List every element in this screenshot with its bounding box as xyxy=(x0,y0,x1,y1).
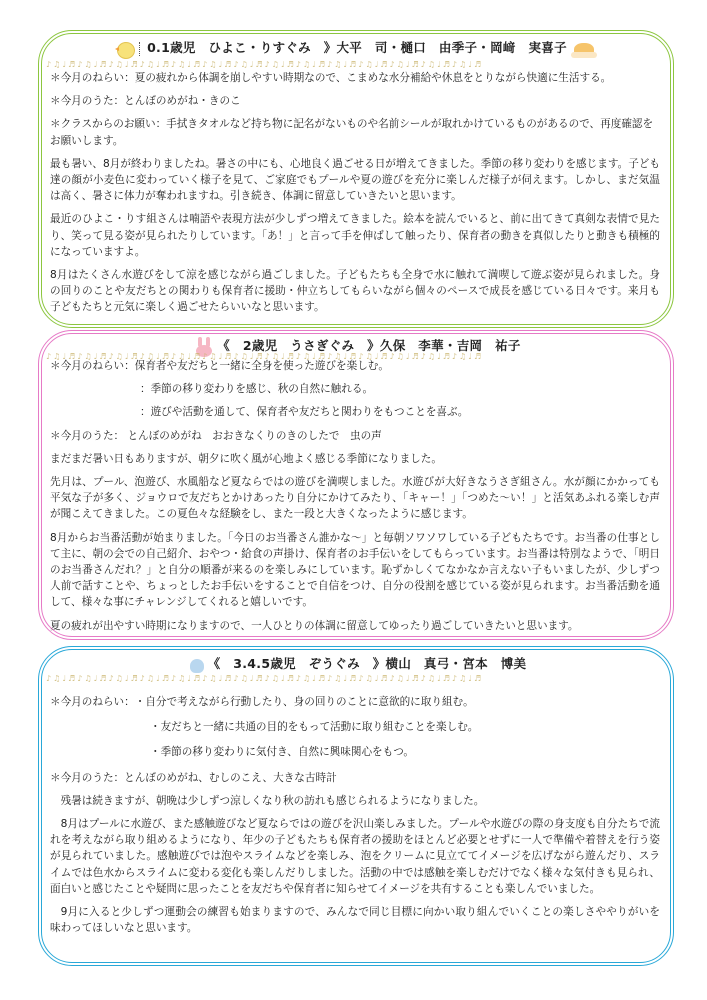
aim-label: ＊今月のねらい： xyxy=(50,694,135,710)
paragraph: 最近のひよこ・りす組さんは喃語や表現方法が少しずつ増えてきました。絵本を読んでい… xyxy=(50,211,660,260)
paragraph: 8月はたくさん水遊びをして涼を感じながら過ごしました。子どもたちも全身で水に触れ… xyxy=(50,267,660,316)
aim-text: ・自分で考えながら行動したり、身の回りのことに意欲的に取り組む。 xyxy=(135,694,474,710)
section-content: ＊今月のねらい： 夏の疲れから体調を崩しやすい時期なので、こまめな水分補給や休息… xyxy=(50,70,660,323)
section-hiyoko-risu: 0.1歳児 ひよこ・りすぐみ 》大平 司・樋口 由季子・岡﨑 実喜子 ♪♫♩♬♪… xyxy=(38,30,674,328)
section-content: ＊今月のねらい： 保育者や友だちと一緒に全身を使った遊びを楽しむ。 ：季節の移り… xyxy=(50,358,660,641)
paragraph: 8月はプールに水遊び、また感触遊びなど夏ならではの遊びを沢山楽しみました。プール… xyxy=(50,816,660,897)
monthly-song: ＊今月のうた：とんぼのめがね・きのこ xyxy=(50,93,660,109)
paragraph: 夏の疲れが出やすい時期になりますので、一人ひとりの体調に留意してゆったり過ごして… xyxy=(50,618,660,634)
monthly-aim-item: ：季節の移り変わりを感じ、秋の自然に触れる。 xyxy=(50,381,660,397)
section-title: 0.1歳児 ひよこ・りすぐみ 》大平 司・樋口 由季子・岡﨑 実喜子 xyxy=(42,38,670,58)
section-content: ＊今月のねらい： ・自分で考えながら行動したり、身の回りのことに意欲的に取り組む… xyxy=(50,694,660,943)
monthly-aim-item: ：遊びや活動を通して、保育者や友だちと関わりをもつことを喜ぶ。 xyxy=(50,404,660,420)
monthly-song: ＊今月のうた：とんぼのめがね、むしのこえ、大きな古時計 xyxy=(50,770,660,786)
class-request: ＊クラスからのお願い：手拭きタオルなど持ち物に記名がないものや名前シールが取れか… xyxy=(50,116,660,148)
aim-prefix: ： xyxy=(140,406,151,418)
chick-icon xyxy=(115,40,135,58)
section-zou: 《 3.4.5歳児 ぞうぐみ 》横山 真弓・宮本 博美 ♪♫♩♬♪♫♩♬♪♫♩♬… xyxy=(38,646,674,966)
paragraph: 残暑は続きますが、朝晩は少しずつ涼しくなり秋の訪れも感じられるようになりました。 xyxy=(50,793,660,809)
aim-text: 遊びや活動を通して、保育者や友だちと関わりをもつことを喜ぶ。 xyxy=(151,406,469,418)
aim-text: 季節の移り変わりを感じ、秋の自然に触れる。 xyxy=(151,383,373,395)
divider xyxy=(139,42,141,56)
section-title-text: 0.1歳児 ひよこ・りすぐみ 》大平 司・樋口 由季子・岡﨑 実喜子 xyxy=(147,40,567,55)
paragraph: 9月に入ると少しずつ運動会の練習も始まりますので、みんなで同じ目標に向かい取り組… xyxy=(50,904,660,936)
paragraph: 最も暑い、8月が終わりましたね。暑さの中にも、心地良く過ごせる日が増えてきました… xyxy=(50,156,660,205)
section-title-text: 《 2歳児 うさぎぐみ 》久保 李華・吉岡 祐子 xyxy=(217,338,520,353)
monthly-aim: ＊今月のねらい： 夏の疲れから体調を崩しやすい時期なので、こまめな水分補給や休息… xyxy=(50,70,660,86)
paragraph: 8月からお当番活動が始まりました。「今日のお当番さん誰かな～」と毎朝ソワソワして… xyxy=(50,530,660,611)
music-notes-decoration: ♪♫♩♬♪♫♩♬♪♫♩♬♪♫♩♬♪♫♩♬♪♫♩♬♪♫♩♬♪♫♩♬♪♫♩♬♪♫♩♬… xyxy=(46,674,666,686)
monthly-aim-item: ・友だちと一緒に共通の目的をもって活動に取り組むことを楽しむ。 xyxy=(50,719,660,735)
monthly-aim-item: ・季節の移り変わりに気付き、自然に興味関心をもつ。 xyxy=(50,744,660,760)
section-title-text: 《 3.4.5歳児 ぞうぐみ 》横山 真弓・宮本 博美 xyxy=(208,656,527,671)
elephant-icon xyxy=(190,657,204,673)
monthly-song: ＊今月のうた： とんぼのめがね おおきなくりのきのしたで 虫の声 xyxy=(50,428,660,444)
aim-label: ＊今月のねらい： xyxy=(50,358,135,374)
cat-icon xyxy=(571,40,597,58)
monthly-aim: ＊今月のねらい： ・自分で考えながら行動したり、身の回りのことに意欲的に取り組む… xyxy=(50,694,660,710)
aim-label: ＊今月のねらい： xyxy=(50,70,135,86)
request-label: ＊クラスからのお願い： xyxy=(50,118,166,130)
section-title: 《 3.4.5歳児 ぞうぐみ 》横山 真弓・宮本 博美 xyxy=(42,654,670,673)
section-usagi: 《 2歳児 うさぎぐみ 》久保 李華・吉岡 祐子 ♪♫♩♬♪♫♩♬♪♫♩♬♪♫♩… xyxy=(38,330,674,640)
paragraph: まだまだ暑い日もありますが、朝夕に吹く風が心地よく感じる季節になりました。 xyxy=(50,451,660,467)
paragraph: 先月は、プール、泡遊び、水風船など夏ならではの遊びを満喫しました。水遊びが大好き… xyxy=(50,474,660,523)
monthly-aim: ＊今月のねらい： 保育者や友だちと一緒に全身を使った遊びを楽しむ。 xyxy=(50,358,660,374)
aim-text: 保育者や友だちと一緒に全身を使った遊びを楽しむ。 xyxy=(135,358,389,374)
aim-text: 夏の疲れから体調を崩しやすい時期なので、こまめな水分補給や休息をとりながら快適に… xyxy=(135,70,612,86)
aim-prefix: ： xyxy=(140,383,151,395)
